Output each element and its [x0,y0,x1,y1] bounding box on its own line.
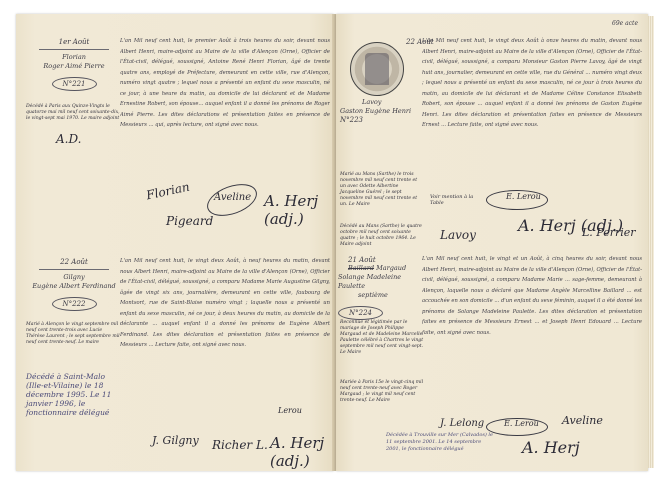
margin-initials: A.D. [56,132,82,146]
entry-surname: Margaud [376,264,406,272]
signature: Lerou [278,406,302,415]
entry-223-body: L'an Mil neuf cent huit, le vingt deux A… [422,36,642,184]
struck-surname: Baillard [348,264,374,272]
see-table-note: Voir mention à la Table [430,194,484,206]
entry-surname-struck: Baillard Margaud [338,264,426,273]
signature: E. Lerou [506,192,541,201]
open-register-book: 1er Août Florian Roger Aimé Pierre N°221… [16,14,654,471]
signature: Pigeard [166,214,213,228]
entry-given-names-extra: septième [338,291,426,300]
entry-223-margin-header: Lavoy Gaston Eugène Henri N°223 [340,98,428,124]
entry-surname: Gilgny [30,273,118,282]
entry-223-marriage-note: Marié au Mans (Sarthe) le trois novembre… [340,172,424,208]
act-number: N°221 [52,77,97,91]
signature: E. Lerou [504,419,539,428]
entry-date: 22 Août [30,258,118,266]
entry-date: 21 Août [338,256,426,264]
act-number: N°222 [52,297,97,311]
entry-surname: Florian [30,53,118,62]
act-number: N°223 [340,116,428,124]
signature: A. Herj (adj.) [264,192,334,228]
marianne-figure-icon [365,53,389,85]
signature: Aveline [214,192,251,203]
entry-given-names: Roger Aimé Pierre [30,62,118,71]
divider [39,269,109,270]
signature: J. Gilgny [152,434,199,447]
entry-222-margin-header: 22 Août Gilgny Eugène Albert Ferdinand N… [30,258,118,311]
entry-221-body: L'an Mil neuf cent huit, le premier Août… [120,36,330,176]
signature: Florian [145,180,191,203]
entry-222-body: L'an Mil neuf cent huit, le vingt deux A… [120,256,330,406]
right-page: 69e acte 22 Août Lavoy Gaston Eugène Hen… [336,14,648,471]
left-page: 1er Août Florian Roger Aimé Pierre N°221… [16,14,334,471]
signature: A. Herj [522,438,580,457]
entry-224-body: L'an Mil neuf cent huit, le vingt et un … [422,254,642,404]
signature: A. Herj (adj.) [270,434,334,470]
entry-given-names: Gaston Eugène Henri [340,107,428,116]
signature: L. Perrier [582,226,636,239]
folio-number: 69e acte [612,20,638,27]
entry-224-death-note: Décédée à Trouville sur Mer (Calvados) l… [386,432,496,453]
page-edges [648,16,654,468]
entry-given-names: Eugène Albert Ferdinand [30,282,118,291]
signature: J. Lelong [440,418,484,429]
entry-224-margin-header: 21 Août Baillard Margaud Solange Madelei… [338,256,426,320]
entry-given-names: Solange Madeleine Paulette [338,273,426,291]
signature: Richer L. [212,438,268,452]
signature: Aveline [562,414,603,427]
entry-221-margin-note: Décédé à Paris aux Quinze-Vingts le quat… [26,104,122,122]
entry-date: 1er Août [30,38,118,46]
entry-222-margin-note: Marié à Alençon le vingt septembre mil n… [26,322,122,346]
republique-francaise-stamp-icon [350,42,404,96]
entry-224-legitimation-note: Reconnue et légitimée par le mariage de … [340,320,424,356]
entry-221-margin-header: 1er Août Florian Roger Aimé Pierre N°221 [30,38,118,91]
entry-222-death-annotation: Décédé à Saint-Malo (Ille-et-Vilaine) le… [26,372,122,417]
entry-223-death-note: Décédé au Mans (Sarthe) le quatre octobr… [340,224,424,248]
act-number: N°224 [338,306,383,320]
signature: Lavoy [440,228,476,242]
entry-surname: Lavoy [340,98,428,107]
divider [39,49,109,50]
entry-224-marriage-note: Mariée à Paris 15e le vingt-cinq mil neu… [340,380,424,404]
